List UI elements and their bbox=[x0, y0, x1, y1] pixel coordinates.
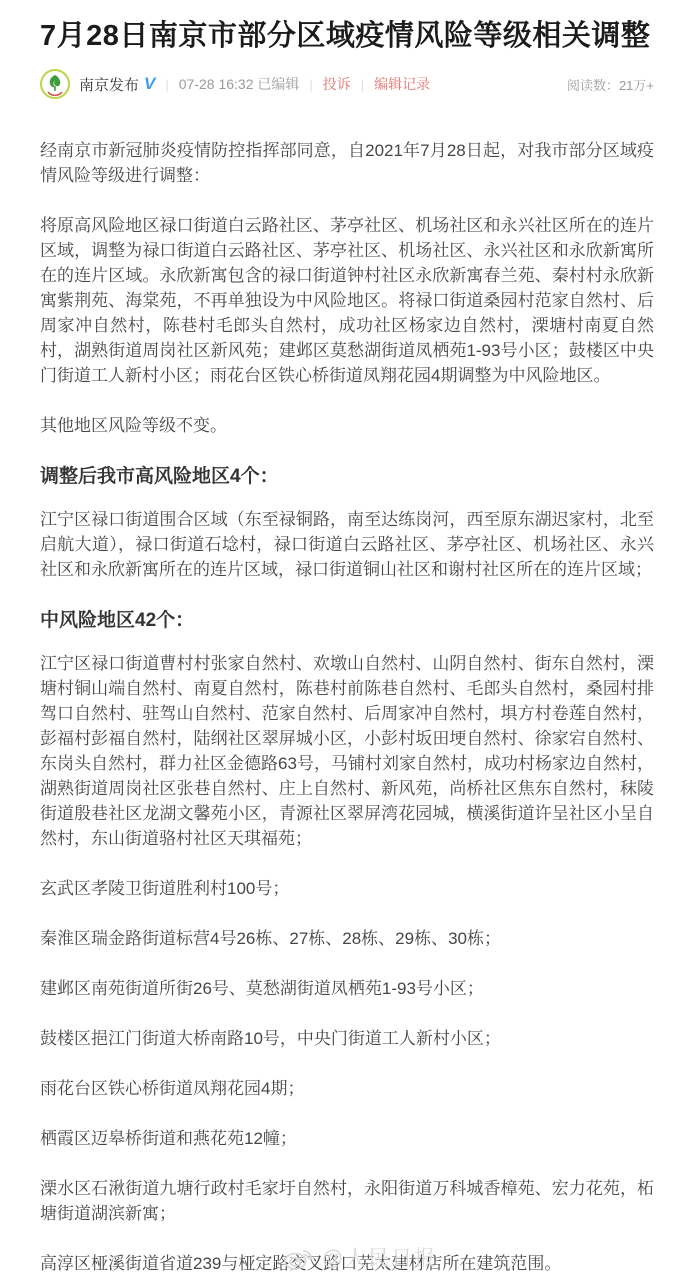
body-paragraph: 秦淮区瑞金路街道标营4号26栋、27栋、28栋、29栋、30栋； bbox=[40, 926, 654, 951]
weibo-logo-icon bbox=[283, 1244, 315, 1271]
article-meta-bar: 南京发布 V | 07-28 16:32 已编辑 | 投诉 | 编辑记录 阅读数… bbox=[40, 67, 654, 101]
body-paragraph: 将原高风险地区禄口街道白云路社区、茅亭社区、机场社区和永兴社区所在的连片区域，调… bbox=[40, 213, 654, 388]
body-paragraph: 溧水区石湫街道九塘行政村毛家圩自然村，永阳街道万科城香樟苑、宏力花苑，柘塘街道湖… bbox=[40, 1176, 654, 1226]
verified-badge-icon: V bbox=[144, 74, 155, 94]
body-paragraph: 其他地区风险等级不变。 bbox=[40, 413, 654, 438]
body-paragraph: 鼓楼区挹江门街道大桥南路10号，中央门街道工人新村小区； bbox=[40, 1026, 654, 1051]
body-paragraph: 玄武区孝陵卫街道胜利村100号； bbox=[40, 876, 654, 901]
section-heading: 中风险地区42个： bbox=[40, 607, 654, 635]
account-name[interactable]: 南京发布 bbox=[79, 74, 139, 95]
meta-divider: | bbox=[165, 77, 168, 92]
body-paragraph: 建邺区南苑街道所街26号、莫愁湖街道凤栖苑1-93号小区； bbox=[40, 976, 654, 1001]
body-paragraph: 江宁区禄口街道围合区域（东至禄铜路，南至达练岗河，西至原东湖迟家村，北至启航大道… bbox=[40, 507, 654, 582]
account-avatar[interactable] bbox=[40, 69, 70, 99]
edit-history-link[interactable]: 编辑记录 bbox=[374, 74, 430, 94]
meta-divider: | bbox=[361, 77, 364, 92]
read-count: 阅读数：21万+ bbox=[567, 75, 654, 94]
report-link[interactable]: 投诉 bbox=[323, 74, 351, 94]
body-paragraph: 经南京市新冠肺炎疫情防控指挥部同意，自2021年7月28日起，对我市部分区域疫情… bbox=[40, 138, 654, 188]
publish-timestamp: 07-28 16:32 已编辑 bbox=[179, 74, 300, 94]
body-paragraph: 雨花台区铁心桥街道凤翔花园4期； bbox=[40, 1076, 654, 1101]
body-paragraph: 江宁区禄口街道曹村村张家自然村、欢墩山自然村、山阴自然村、街东自然村，溧塘村铜山… bbox=[40, 651, 654, 851]
section-heading: 调整后我市高风险地区4个： bbox=[40, 463, 654, 491]
nanjing-fabu-logo-icon bbox=[43, 72, 67, 96]
body-paragraph: 栖霞区迈皋桥街道和燕花苑12幢； bbox=[40, 1126, 654, 1151]
article-title: 7月28日南京市部分区域疫情风险等级相关调整 bbox=[40, 18, 654, 55]
meta-divider: | bbox=[309, 77, 312, 92]
watermark: @人民日报 bbox=[0, 1242, 694, 1272]
watermark-credit: @人民日报 bbox=[322, 1242, 437, 1272]
article-page: 7月28日南京市部分区域疫情风险等级相关调整 南京发布 V | 07-28 16… bbox=[0, 0, 694, 1280]
article-body: 经南京市新冠肺炎疫情防控指挥部同意，自2021年7月28日起，对我市部分区域疫情… bbox=[40, 138, 654, 1276]
